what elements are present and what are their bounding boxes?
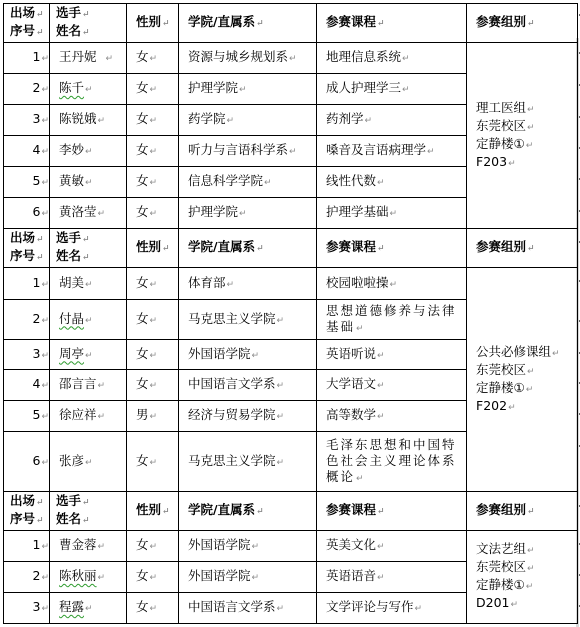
- college-cell: 资源与城乡规划系↵: [179, 43, 317, 74]
- order-cell: 3↵: [4, 340, 50, 370]
- group-cell: 文法艺组↵ 东莞校区↵ 定静楼①↵ D201↵: [467, 531, 578, 624]
- college-cell: 马克思主义学院↵: [179, 432, 317, 492]
- course-cell: 高等数学↵: [317, 401, 467, 432]
- college-cell: 外国语学院↵: [179, 340, 317, 370]
- college-cell: 药学院↵: [179, 105, 317, 136]
- order-cell: 3↵: [4, 105, 50, 136]
- header-row: 出场↵ 序号↵ 选手↵ 姓名↵ 性别↵ 学院/直属系↵ 参赛课程↵ 参赛组别↵: [4, 229, 578, 268]
- header-order: 出场↵ 序号↵: [4, 229, 50, 268]
- order-cell: 2↵: [4, 300, 50, 340]
- gender-cell: 女↵: [127, 74, 179, 105]
- college-cell: 听力与言语科学系↵: [179, 136, 317, 167]
- name-cell: 胡美↵: [50, 268, 127, 300]
- gender-cell: 女↵: [127, 105, 179, 136]
- order-cell: 4↵: [4, 370, 50, 401]
- name-cell: 黄洛莹↵: [50, 198, 127, 229]
- gender-cell: 女↵: [127, 432, 179, 492]
- gender-cell: 女↵: [127, 268, 179, 300]
- table-row: 1↵ 胡美↵ 女↵ 体育部↵ 校园啦啦操↵ 公共必修课组↵ 东莞校区↵ 定静楼①…: [4, 268, 578, 300]
- contestant-table: 出场↵ 序号↵ 选手↵ 姓名↵ 性别↵ 学院/直属系↵ 参赛课程↵ 参赛组别↵ …: [3, 3, 578, 624]
- header-group: 参赛组别↵: [467, 229, 578, 268]
- course-cell: 嗓音及言语病理学↵: [317, 136, 467, 167]
- name-cell: 付晶↵: [50, 300, 127, 340]
- header-name: 选手↵ 姓名↵: [50, 492, 127, 531]
- table-row: 1↵ 曹金蓉↵ 女↵ 外国语学院↵ 英美文化↵ 文法艺组↵ 东莞校区↵ 定静楼①…: [4, 531, 578, 562]
- order-cell: 5↵: [4, 167, 50, 198]
- college-cell: 外国语学院↵: [179, 562, 317, 593]
- gender-cell: 男↵: [127, 401, 179, 432]
- group-cell: 公共必修课组↵ 东莞校区↵ 定静楼①↵ F202↵: [467, 268, 578, 492]
- order-cell: 1↵: [4, 268, 50, 300]
- order-cell: 6↵: [4, 198, 50, 229]
- order-cell: 1↵: [4, 43, 50, 74]
- order-cell: 3↵: [4, 593, 50, 624]
- name-cell: 徐应祥↵: [50, 401, 127, 432]
- course-cell: 英语听说↵: [317, 340, 467, 370]
- course-cell: 毛泽东思想和中国特色社会主义理论体系概论↵: [317, 432, 467, 492]
- order-cell: 2↵: [4, 562, 50, 593]
- gender-cell: 女↵: [127, 167, 179, 198]
- header-row: 出场↵ 序号↵ 选手↵ 姓名↵ 性别↵ 学院/直属系↵ 参赛课程↵ 参赛组别↵: [4, 492, 578, 531]
- name-cell: 陈秋丽↵: [50, 562, 127, 593]
- group-cell: 理工医组↵ 东莞校区↵ 定静楼①↵ F203↵: [467, 43, 578, 229]
- header-course: 参赛课程↵: [317, 229, 467, 268]
- gender-cell: 女↵: [127, 562, 179, 593]
- name-cell: 周亭↵: [50, 340, 127, 370]
- gender-cell: 女↵: [127, 370, 179, 401]
- name-cell: 陈锐娥↵: [50, 105, 127, 136]
- gender-cell: 女↵: [127, 300, 179, 340]
- college-cell: 护理学院↵: [179, 74, 317, 105]
- gender-cell: 女↵: [127, 198, 179, 229]
- college-cell: 护理学院↵: [179, 198, 317, 229]
- college-cell: 体育部↵: [179, 268, 317, 300]
- name-cell: 曹金蓉↵: [50, 531, 127, 562]
- course-cell: 文学评论与写作↵: [317, 593, 467, 624]
- course-cell: 英语语音↵: [317, 562, 467, 593]
- gender-cell: 女↵: [127, 136, 179, 167]
- header-name: 选手↵ 姓名↵: [50, 4, 127, 43]
- header-college: 学院/直属系↵: [179, 4, 317, 43]
- college-cell: 马克思主义学院↵: [179, 300, 317, 340]
- course-cell: 药剂学↵: [317, 105, 467, 136]
- gender-cell: 女↵: [127, 43, 179, 74]
- header-gender: 性别↵: [127, 4, 179, 43]
- gender-cell: 女↵: [127, 593, 179, 624]
- header-order: 出场↵ 序号↵: [4, 4, 50, 43]
- order-cell: 4↵: [4, 136, 50, 167]
- course-cell: 成人护理学三↵: [317, 74, 467, 105]
- name-cell: 张彦↵: [50, 432, 127, 492]
- header-gender: 性别↵: [127, 492, 179, 531]
- document-page: 出场↵ 序号↵ 选手↵ 姓名↵ 性别↵ 学院/直属系↵ 参赛课程↵ 参赛组别↵ …: [0, 0, 580, 627]
- course-cell: 大学语文↵: [317, 370, 467, 401]
- course-cell: 思想道德修养与法律基础↵: [317, 300, 467, 340]
- gender-cell: 女↵: [127, 340, 179, 370]
- name-cell: 陈千↵: [50, 74, 127, 105]
- header-group: 参赛组别↵: [467, 492, 578, 531]
- header-college: 学院/直属系↵: [179, 229, 317, 268]
- college-cell: 中国语言文学系↵: [179, 593, 317, 624]
- gender-cell: 女↵: [127, 531, 179, 562]
- name-cell: 王丹妮 ↵: [50, 43, 127, 74]
- name-cell: 程露↵: [50, 593, 127, 624]
- college-cell: 信息科学学院↵: [179, 167, 317, 198]
- course-cell: 英美文化↵: [317, 531, 467, 562]
- name-cell: 黄敏↵: [50, 167, 127, 198]
- course-cell: 地理信息系统↵: [317, 43, 467, 74]
- header-gender: 性别↵: [127, 229, 179, 268]
- course-cell: 校园啦啦操↵: [317, 268, 467, 300]
- header-row: 出场↵ 序号↵ 选手↵ 姓名↵ 性别↵ 学院/直属系↵ 参赛课程↵ 参赛组别↵: [4, 4, 578, 43]
- header-name: 选手↵ 姓名↵: [50, 229, 127, 268]
- college-cell: 外国语学院↵: [179, 531, 317, 562]
- course-cell: 线性代数↵: [317, 167, 467, 198]
- order-cell: 6↵: [4, 432, 50, 492]
- header-course: 参赛课程↵: [317, 492, 467, 531]
- order-cell: 5↵: [4, 401, 50, 432]
- order-cell: 1↵: [4, 531, 50, 562]
- header-college: 学院/直属系↵: [179, 492, 317, 531]
- name-cell: 李妙↵: [50, 136, 127, 167]
- college-cell: 经济与贸易学院↵: [179, 401, 317, 432]
- header-order: 出场↵ 序号↵: [4, 492, 50, 531]
- course-cell: 护理学基础↵: [317, 198, 467, 229]
- table-row: 1↵ 王丹妮 ↵ 女↵ 资源与城乡规划系↵ 地理信息系统↵ 理工医组↵ 东莞校区…: [4, 43, 578, 74]
- college-cell: 中国语言文学系↵: [179, 370, 317, 401]
- header-course: 参赛课程↵: [317, 4, 467, 43]
- order-cell: 2↵: [4, 74, 50, 105]
- name-cell: 邵言言↵: [50, 370, 127, 401]
- header-group: 参赛组别↵: [467, 4, 578, 43]
